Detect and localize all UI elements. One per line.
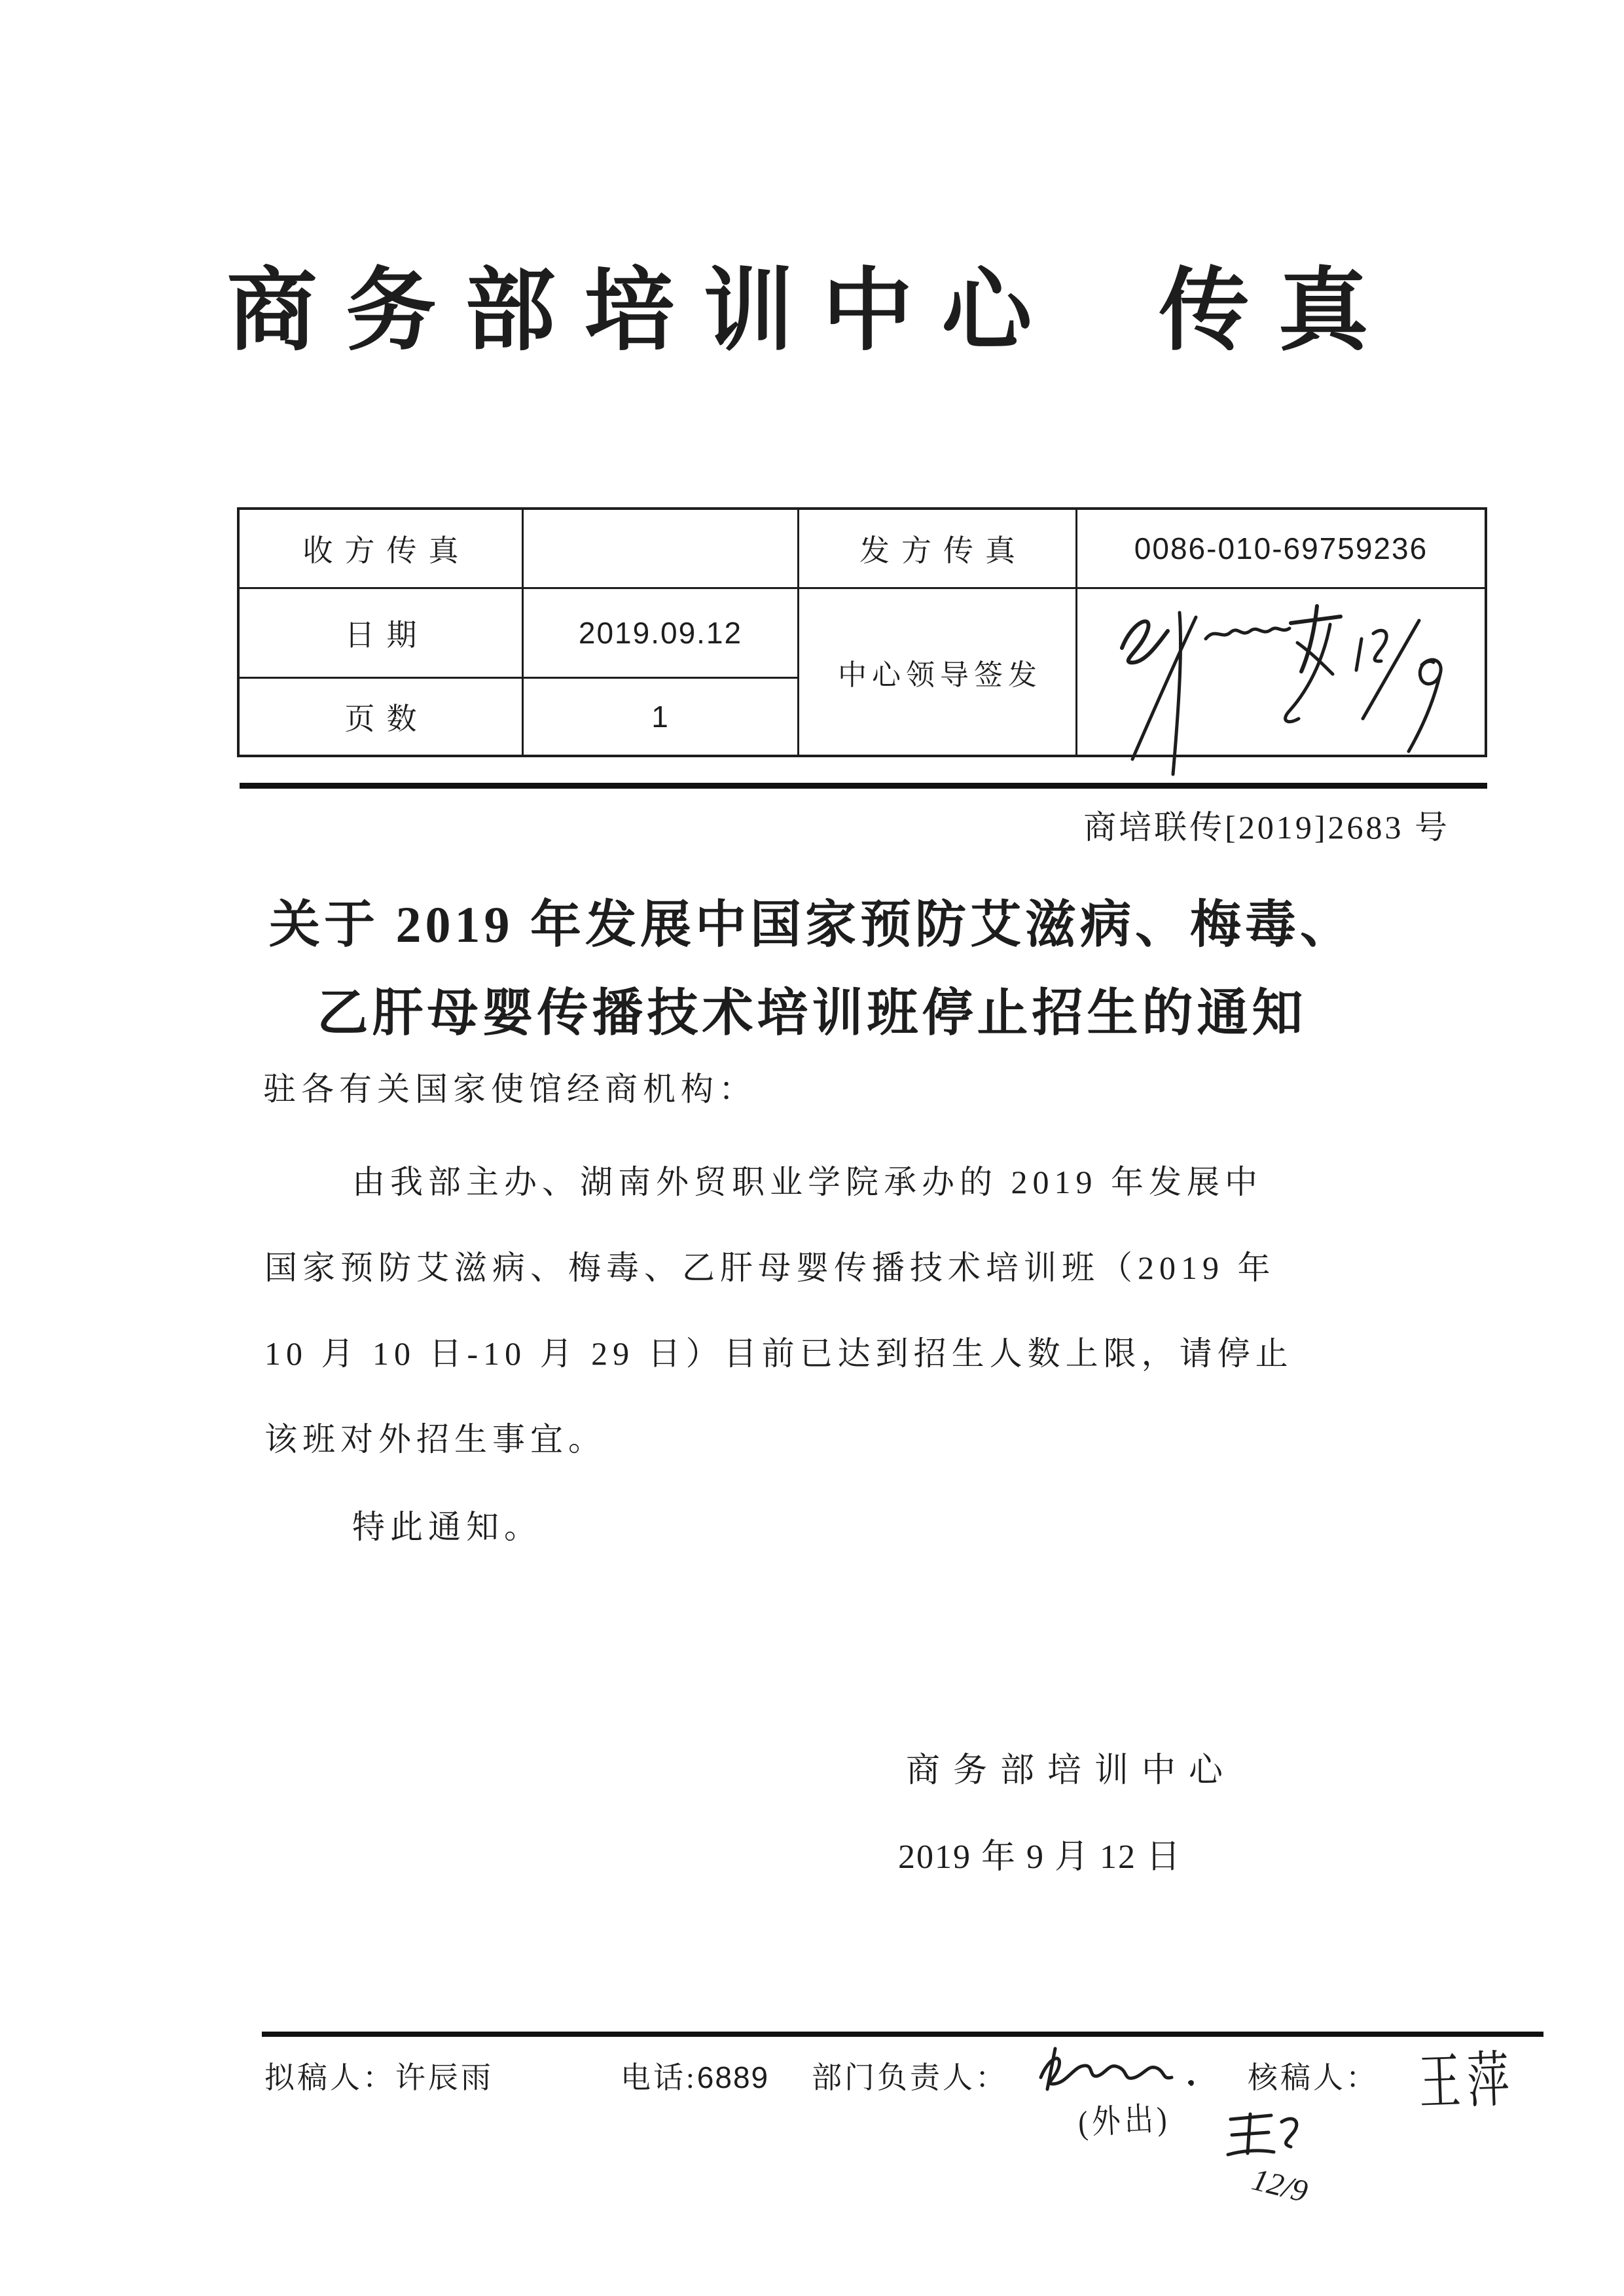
- sender-fax-label: 发方传真: [799, 510, 1077, 589]
- body-paragraph-line2: 国家预防艾滋病、梅毒、乙肝母婴传播技术培训班（2019 年: [264, 1242, 1276, 1289]
- leader-sign-label: 中心领导签发: [799, 589, 1077, 755]
- drafter-field: 拟稿人：许辰雨: [264, 2054, 494, 2097]
- date-label: 日期: [240, 589, 524, 679]
- pages-label: 页数: [240, 679, 524, 755]
- date-value: 2019.09.12: [524, 589, 799, 679]
- document-number: 商培联传[2019]2683 号: [1083, 801, 1450, 848]
- notice-title-line2: 乙肝母婴传播技术培训班停止招生的通知: [0, 972, 1624, 1045]
- drafter-label: 拟稿人：: [264, 2061, 395, 2094]
- salutation: 驻各有关国家使馆经商机构：: [263, 1063, 757, 1110]
- fax-header: 商务部培训中心传真: [0, 262, 1624, 361]
- phone-value: 6889: [697, 2060, 769, 2094]
- body-paragraph-line3: 10 月 10 日-10 月 29 日）目前已达到招生人数上限，请停止: [264, 1327, 1293, 1374]
- drafter-name: 许辰雨: [395, 2061, 494, 2094]
- reviewer-label: 核稿人：: [1248, 2054, 1379, 2097]
- recipient-fax-value: [524, 510, 799, 589]
- leader-signature: [1081, 588, 1494, 791]
- secondary-signature-scrawl: 12/9: [1219, 2102, 1356, 2200]
- dept-head-absence-note: (外出): [1077, 2091, 1172, 2144]
- footer-divider-rule: [262, 2032, 1543, 2037]
- reviewer-signature: 王萍: [1417, 2031, 1517, 2121]
- dept-head-label: 部门负责人：: [812, 2054, 1008, 2097]
- phone-field: 电话:6889: [621, 2054, 769, 2097]
- recipient-fax-label: 收方传真: [240, 510, 524, 589]
- dept-head-signature: [1033, 2043, 1210, 2096]
- body-paragraph-line4: 该班对外招生事宜。: [264, 1413, 606, 1460]
- notice-title-line1: 关于 2019 年发展中国家预防艾滋病、梅毒、: [0, 884, 1624, 957]
- header-org-title: 商务部培训中心: [226, 261, 1060, 361]
- sender-fax-value: 0086-010-69759236: [1077, 510, 1485, 589]
- closing-line: 特此通知。: [352, 1501, 542, 1548]
- fax-document-page: 商务部培训中心传真 收方传真 发方传真 0086-010-69759236 日期…: [0, 0, 1624, 2296]
- signature-org: 商务部培训中心: [906, 1742, 1236, 1791]
- signature-date: 2019 年 9 月 12 日: [898, 1829, 1182, 1878]
- handwritten-date-footer: 12/9: [1248, 2162, 1311, 2209]
- header-divider-rule: [240, 783, 1487, 789]
- phone-label: 电话:: [621, 2061, 697, 2094]
- pages-value: 1: [524, 679, 799, 755]
- body-paragraph-line1: 由我部主办、湖南外贸职业学院承办的 2019 年发展中: [352, 1156, 1263, 1203]
- header-doc-type: 传真: [1159, 261, 1398, 361]
